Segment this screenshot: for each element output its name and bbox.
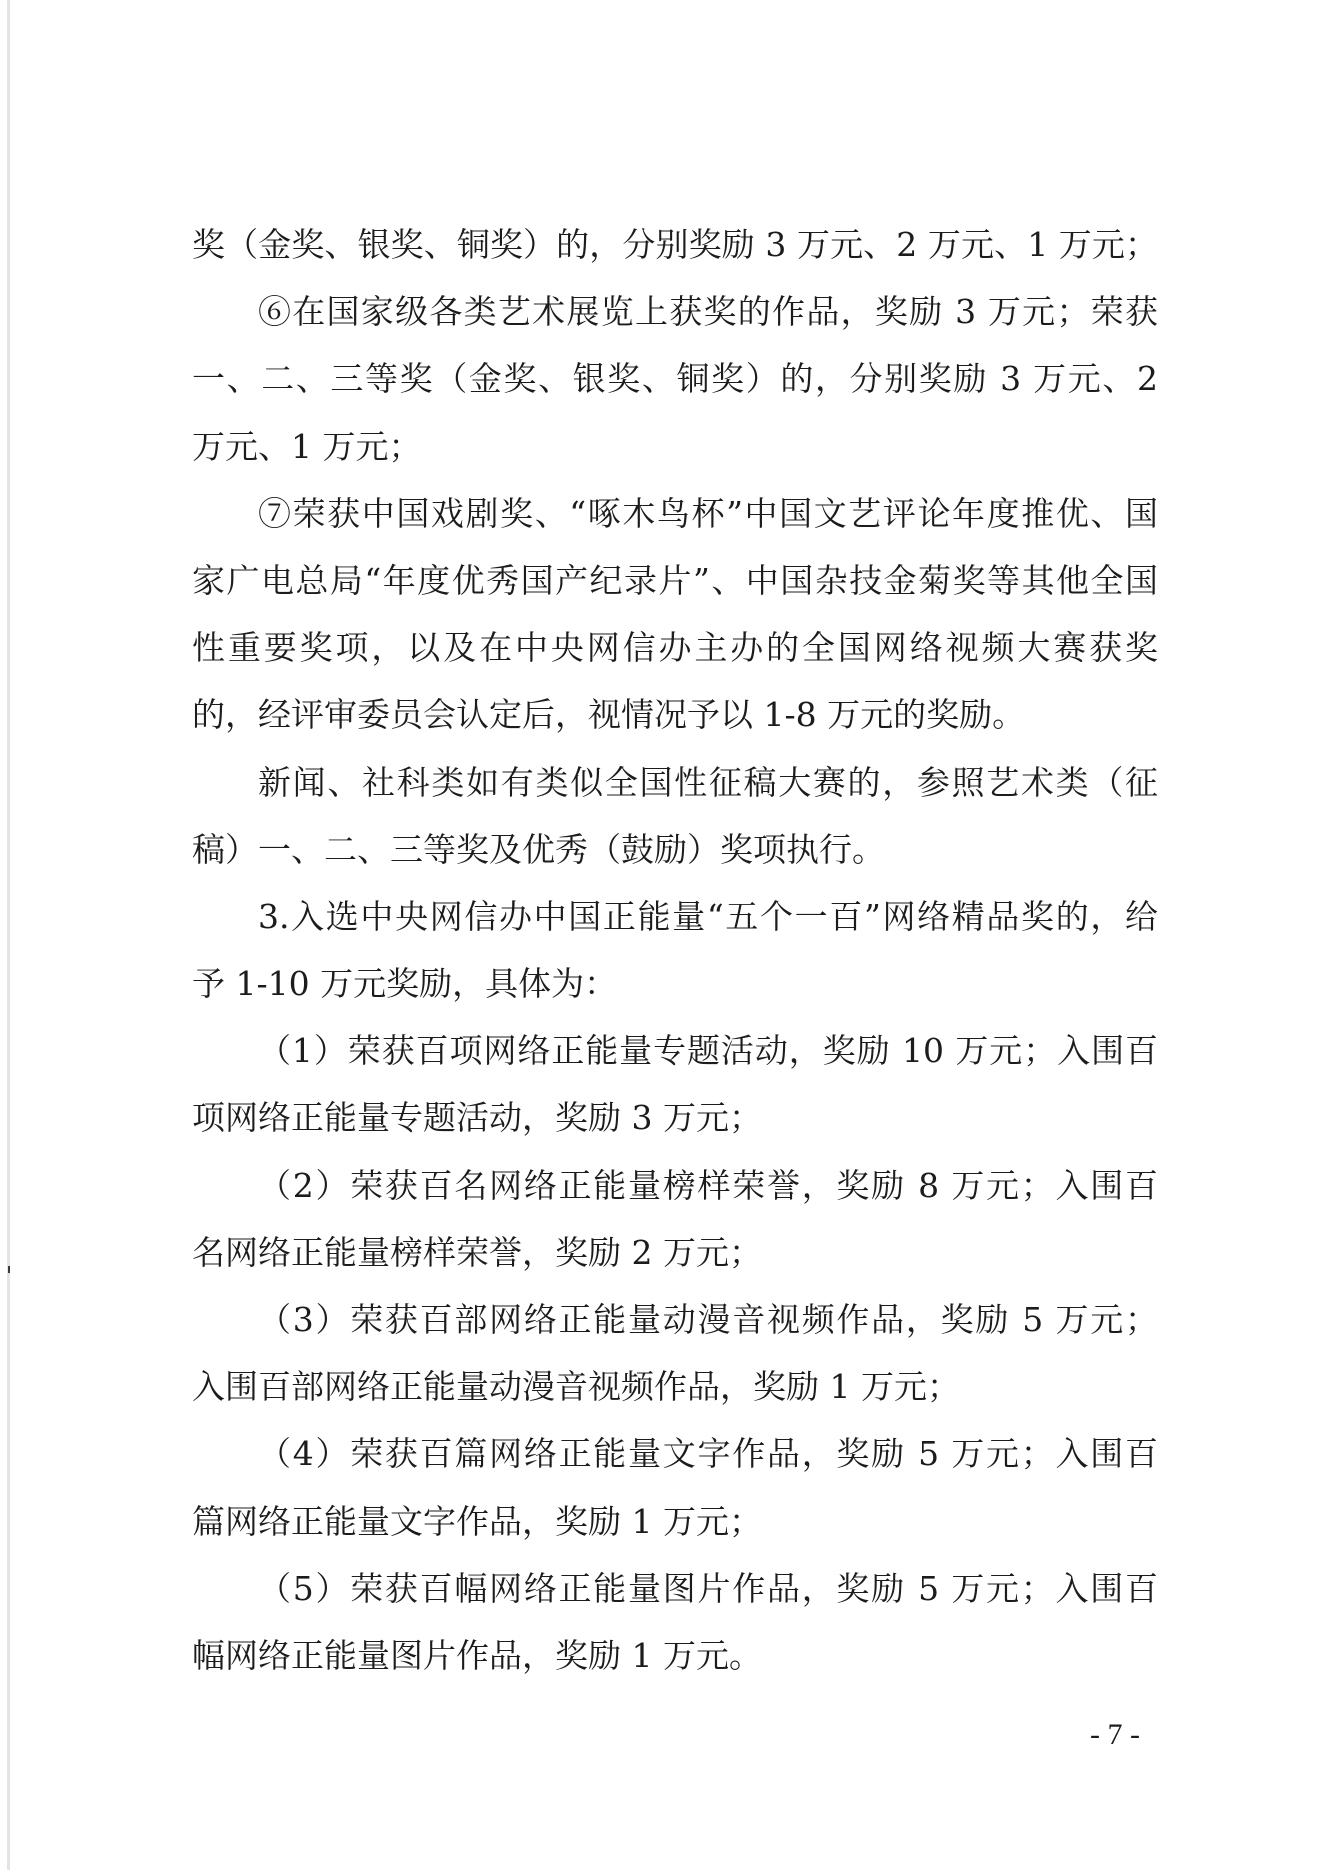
text-line-item-6: ⑥在国家级各类艺术展览上获奖的作品，奖励 3 万元；荣获	[192, 278, 1158, 345]
text-line: 万元、1 万元；	[192, 413, 1158, 480]
text-line: 予 1-10 万元奖励，具体为：	[192, 950, 1158, 1017]
scan-edge-mark	[8, 1266, 10, 1273]
text-line: 家广电总局“年度优秀国产纪录片”、中国杂技金菊奖等其他全国	[192, 547, 1158, 614]
text-line-sub-1: （1）荣获百项网络正能量专题活动，奖励 10 万元；入围百	[192, 1017, 1158, 1084]
text-line: 的，经评审委员会认定后，视情况予以 1-8 万元的奖励。	[192, 681, 1158, 748]
text-line: 入围百部网络正能量动漫音视频作品，奖励 1 万元；	[192, 1353, 1158, 1420]
text-line: 奖（金奖、银奖、铜奖）的，分别奖励 3 万元、2 万元、1 万元；	[192, 211, 1158, 278]
text-line: 性重要奖项，以及在中央网信办主办的全国网络视频大赛获奖	[192, 614, 1158, 681]
text-line: 一、二、三等奖（金奖、银奖、铜奖）的，分别奖励 3 万元、2	[192, 345, 1158, 412]
text-line-sub-3: （3）荣获百部网络正能量动漫音视频作品，奖励 5 万元；	[192, 1286, 1158, 1353]
text-line: 项网络正能量专题活动，奖励 3 万元；	[192, 1084, 1158, 1151]
text-line-section-3: 3.入选中央网信办中国正能量“五个一百”网络精品奖的，给	[192, 883, 1158, 950]
text-line: 名网络正能量榜样荣誉，奖励 2 万元；	[192, 1219, 1158, 1286]
page-number: - 7 -	[1070, 1716, 1160, 1754]
scan-edge-line	[7, 0, 10, 1870]
text-line: 稿）一、二、三等奖及优秀（鼓励）奖项执行。	[192, 816, 1158, 883]
text-line: 篇网络正能量文字作品，奖励 1 万元；	[192, 1488, 1158, 1555]
text-line-item-7: ⑦荣获中国戏剧奖、“啄木鸟杯”中国文艺评论年度推优、国	[192, 480, 1158, 547]
text-line-sub-2: （2）荣获百名网络正能量榜样荣誉，奖励 8 万元；入围百	[192, 1152, 1158, 1219]
text-line: 幅网络正能量图片作品，奖励 1 万元。	[192, 1622, 1158, 1689]
text-line-news-social: 新闻、社科类如有类似全国性征稿大赛的，参照艺术类（征	[192, 749, 1158, 816]
document-body: 奖（金奖、银奖、铜奖）的，分别奖励 3 万元、2 万元、1 万元； ⑥在国家级各…	[192, 211, 1158, 1689]
text-line-sub-5: （5）荣获百幅网络正能量图片作品，奖励 5 万元；入围百	[192, 1555, 1158, 1622]
text-line-sub-4: （4）荣获百篇网络正能量文字作品，奖励 5 万元；入围百	[192, 1420, 1158, 1487]
